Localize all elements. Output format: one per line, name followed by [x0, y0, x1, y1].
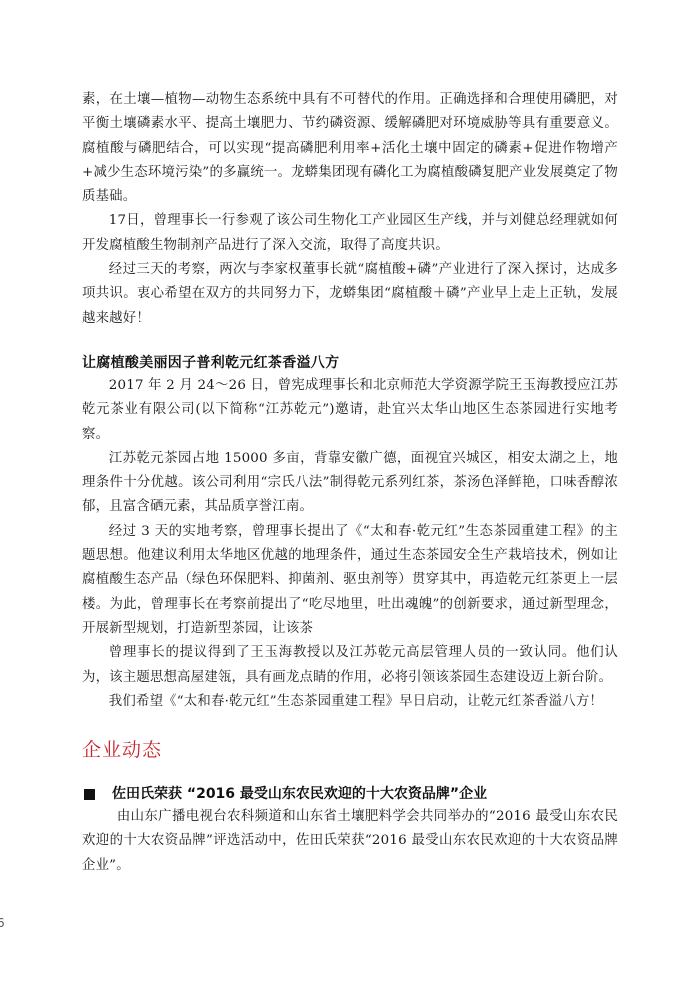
square-bullet-icon — [84, 789, 95, 800]
paragraph: 经过三天的考察，两次与李家权董事长就“腐植酸+磷”产业进行了深入探讨，达成多项共… — [82, 258, 618, 331]
news-body: 由山东广播电视台农科频道和山东省土壤肥料学会共同举办的“2016 最受山东农民欢… — [82, 805, 618, 878]
page-number: 6 — [0, 916, 5, 930]
news-title: 佐田氏荣获 “2016 最受山东农民欢迎的十大农资品牌”企业 — [82, 783, 618, 805]
article: 让腐植酸美丽因子普利乾元红茶香溢八方 2017 年 2 月 24～26 日，曾宪… — [82, 352, 618, 714]
continued-article: 素，在土壤—植物—动物生态系统中具有不可替代的作用。正确选择和合理使用磷肥，对平… — [82, 88, 618, 331]
paragraph: 我们希望《“太和春·乾元红”生态茶园重建工程》早日启动，让乾元红茶香溢八方！ — [82, 690, 618, 714]
article-title: 让腐植酸美丽因子普利乾元红茶香溢八方 — [82, 352, 618, 374]
paragraph: 曾理事长的提议得到了王玉海教授以及江苏乾元高层管理人员的一致认同。他们认为，该主… — [82, 641, 618, 690]
paragraph: 经过 3 天的实地考察，曾理事长提出了《“太和春·乾元红”生态茶园重建工程》的主… — [82, 520, 618, 641]
paragraph: 江苏乾元茶园占地 15000 多亩，背靠安徽广德，面视宜兴城区，相安太湖之上，地… — [82, 447, 618, 520]
paragraph: 素，在土壤—植物—动物生态系统中具有不可替代的作用。正确选择和合理使用磷肥，对平… — [82, 88, 618, 209]
news-item: 佐田氏荣获 “2016 最受山东农民欢迎的十大农资品牌”企业 由山东广播电视台农… — [82, 783, 618, 878]
document-page: 素，在土壤—植物—动物生态系统中具有不可替代的作用。正确选择和合理使用磷肥，对平… — [82, 88, 618, 878]
paragraph: 2017 年 2 月 24～26 日，曾宪成理事长和北京师范大学资源学院王玉海教… — [82, 374, 618, 447]
paragraph: 17日，曾理事长一行参观了该公司生物化工产业园区生产线，并与刘健总经理就如何开发… — [82, 209, 618, 258]
paragraph: 由山东广播电视台农科频道和山东省土壤肥料学会共同举办的“2016 最受山东农民欢… — [82, 805, 618, 878]
news-title-text: 佐田氏荣获 “2016 最受山东农民欢迎的十大农资品牌”企业 — [112, 783, 487, 805]
section-heading: 企业动态 — [82, 736, 618, 764]
